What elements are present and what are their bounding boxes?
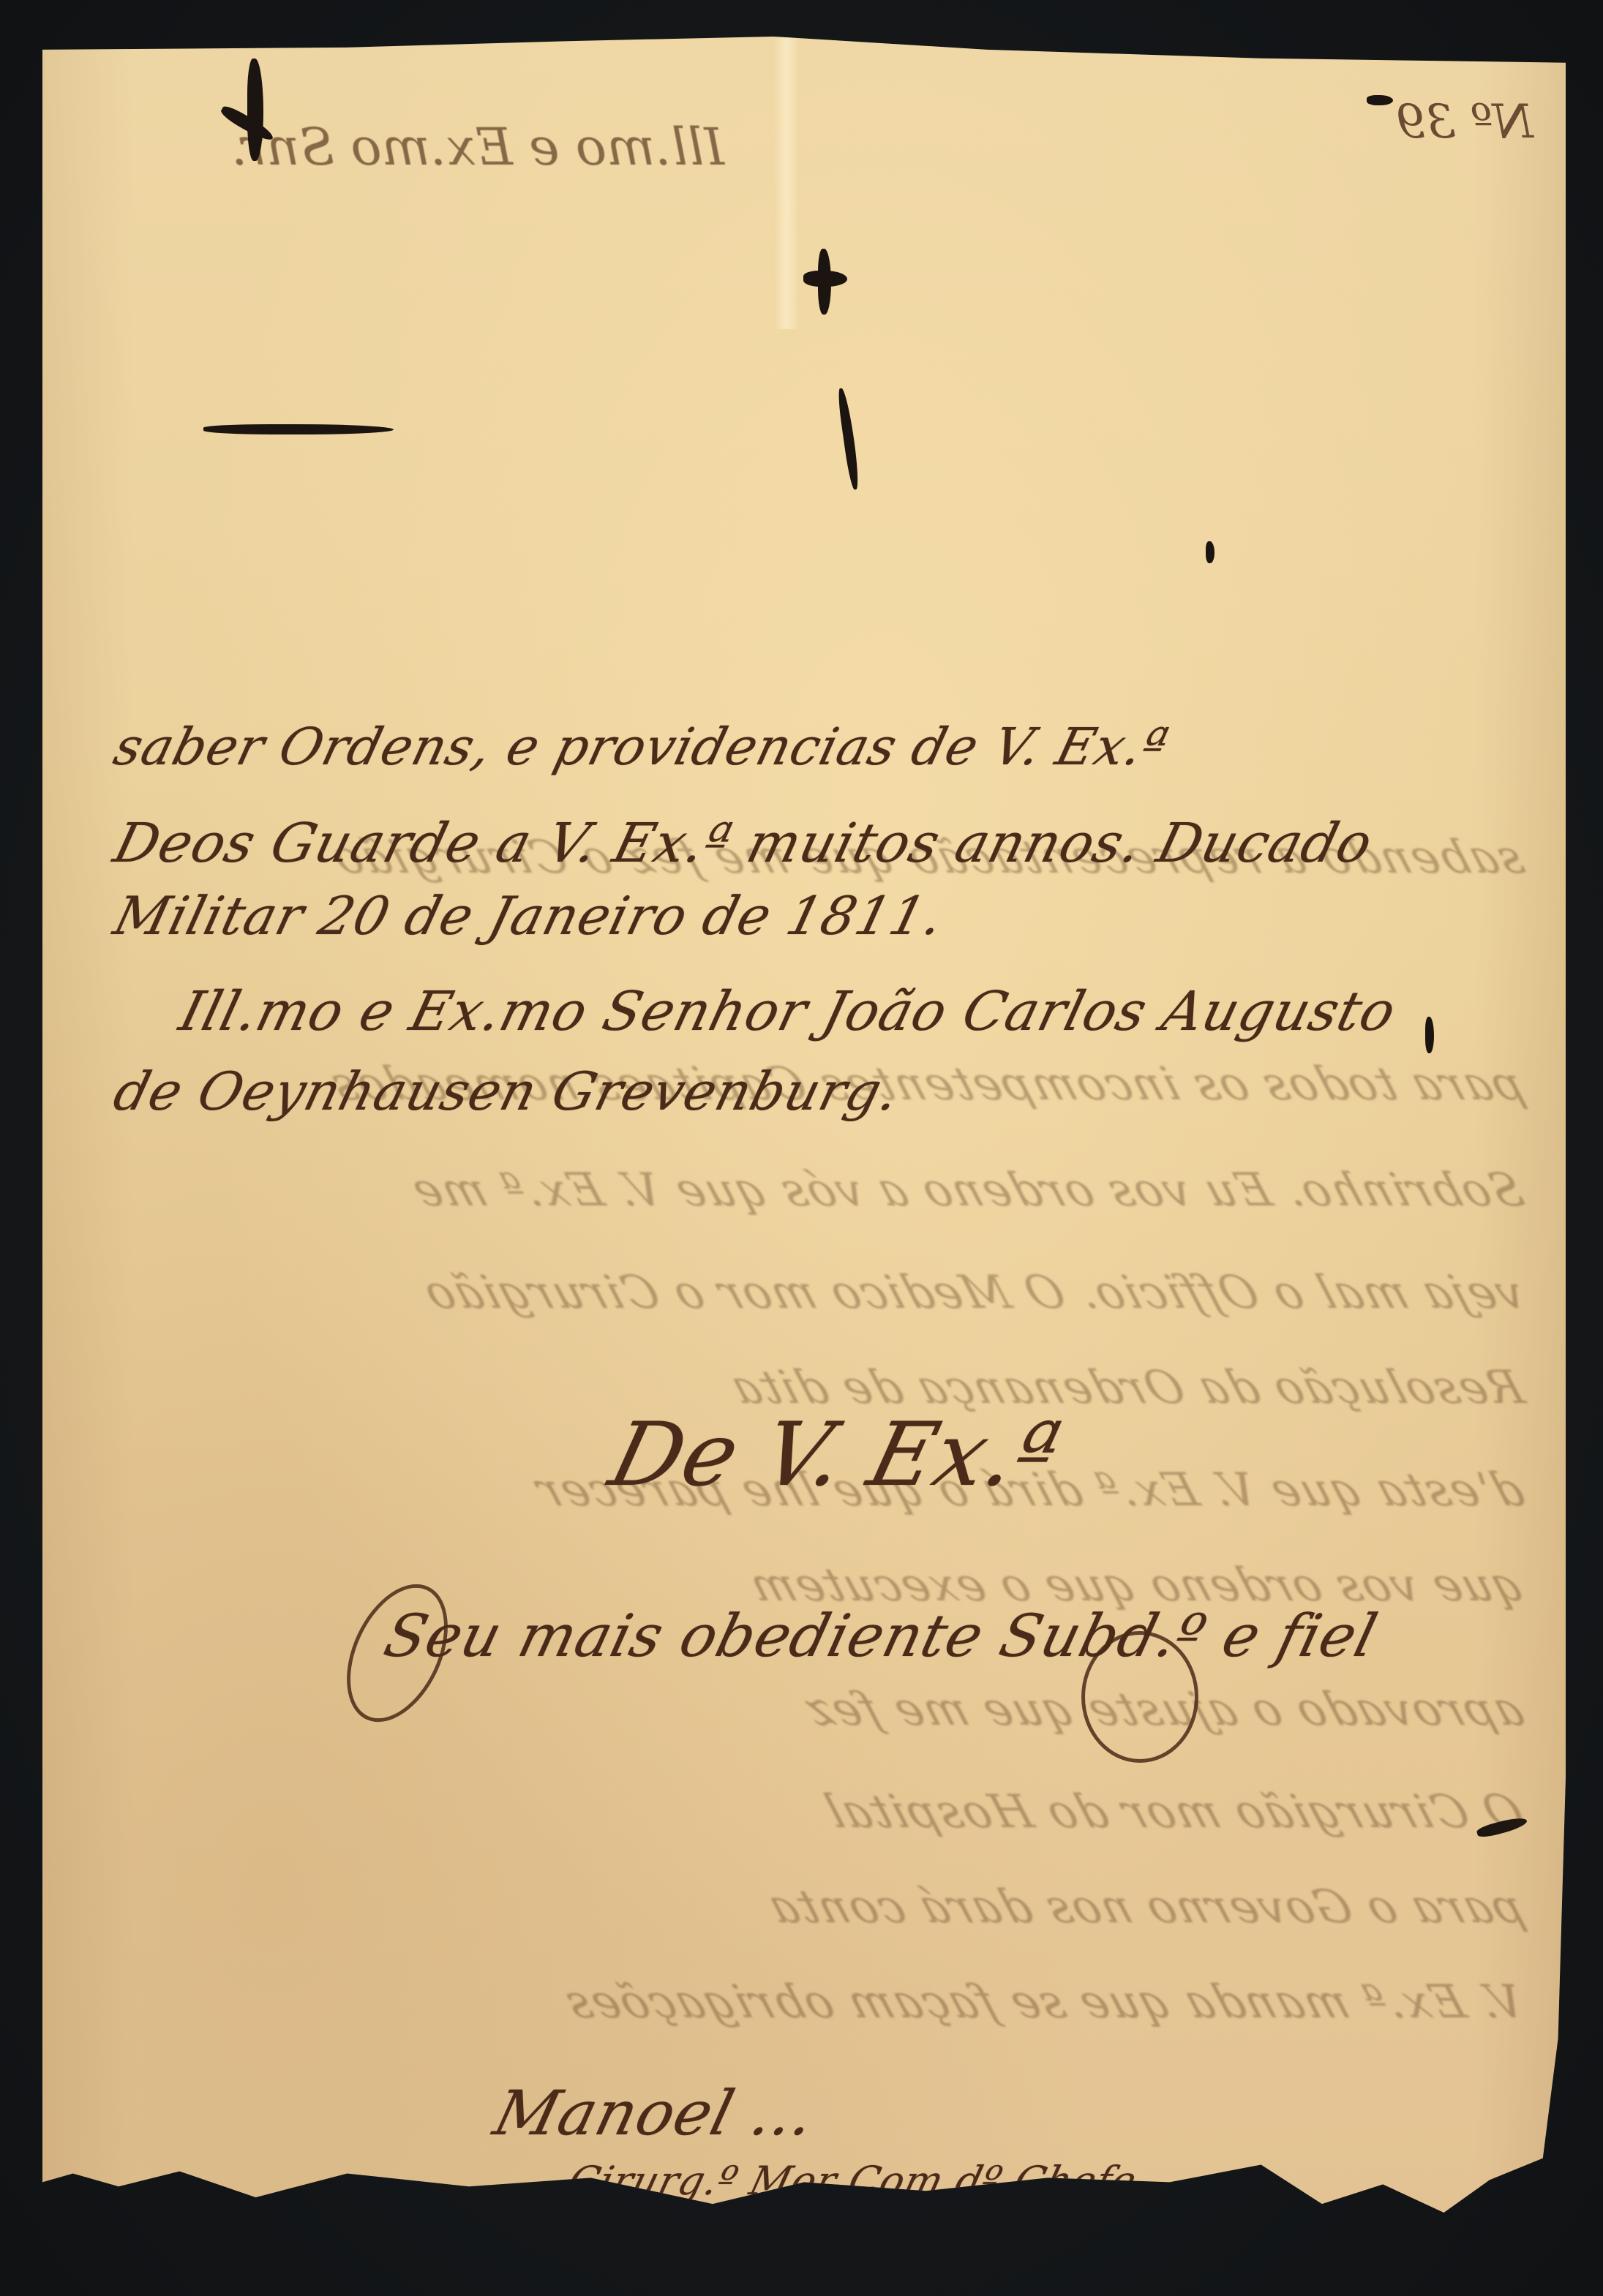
bleed-through-line: V. Ex.ª manda que se façam obrigações xyxy=(558,1975,1531,2028)
bleed-through-line: Sobrinho. Eu vos ordeno a vós que V. Ex.… xyxy=(404,1163,1531,1216)
ink-blot xyxy=(1476,1815,1528,1840)
bleed-through-line: veja mal o Officio. O Medico mor o Cirur… xyxy=(416,1265,1531,1319)
bleed-through-page-number: Nº 39 xyxy=(1396,95,1533,149)
ink-blot xyxy=(836,388,860,491)
addressee-line: Ill.mo e Ex.mo Senhor João Carlos August… xyxy=(173,980,1403,1043)
letter-line-2: Deos Guarde a V. Ex.ª muitos annos. Duca… xyxy=(108,812,1378,875)
closing-subscription: Seu mais obediente Subd.º e fiel xyxy=(378,1602,1384,1670)
ink-blot xyxy=(818,249,831,315)
addressee-name-line: de Oeynhausen Grevenburg. xyxy=(108,1061,906,1122)
bleed-through-layer: Ill.mo e Ex.mo Snr. sabendo a reprecenta… xyxy=(42,37,1566,2213)
signature-name: Manoel ... xyxy=(487,2077,823,2149)
letter-date-line: Militar 20 de Janeiro de 1811. xyxy=(108,885,950,946)
closing-salutation: De V. Ex.ª xyxy=(601,1404,1070,1506)
bleed-through-line: para o Governo nos dará conta xyxy=(760,1880,1531,1933)
ink-blot xyxy=(1367,95,1393,105)
ink-blot xyxy=(1206,541,1215,563)
ink-blot xyxy=(247,59,263,161)
ink-blot xyxy=(1425,1017,1434,1053)
closing-flourish xyxy=(1081,1631,1198,1763)
bleed-through-line: O Cirurgião mor do Hospital xyxy=(817,1785,1531,1838)
letter-line-1: saber Ordens, e providencias de V. Ex.ª xyxy=(108,717,1175,777)
bleed-through-heading: Ill.mo e Ex.mo Snr. xyxy=(231,117,724,177)
ink-blot xyxy=(203,424,394,434)
paper-fold-crease xyxy=(774,37,799,329)
manuscript-page: Ill.mo e Ex.mo Snr. sabendo a reprecenta… xyxy=(42,37,1566,2213)
